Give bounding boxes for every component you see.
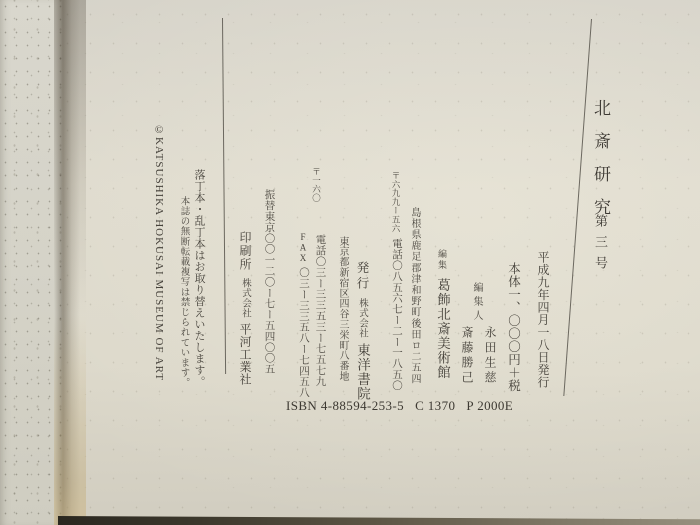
price: 本体一、〇〇〇円＋税: [507, 262, 520, 392]
editing-column: 編集葛飾北斎美術館: [434, 249, 450, 380]
copyright-notice: ©KATSUSHIKA HOKUSAI MUSEUM OF ART: [153, 124, 164, 381]
page-gutter-shadow: [54, 0, 86, 525]
printer-company: 株式会社: [240, 278, 250, 318]
editors-label: 編集人: [471, 282, 481, 324]
editing-label: 編集: [437, 249, 447, 271]
museum-postal-code: 〒六九九ー五六: [391, 171, 401, 233]
printer-column: 印刷所株式会社平河工業社: [237, 231, 253, 385]
fax-number: 〇三ー三三五八ー七四五八: [298, 267, 309, 398]
museum-postal-phone: 〒六九九ー五六電話〇八五六七ー二ー一八五〇: [388, 171, 404, 390]
price-code: P 2000E: [466, 398, 513, 413]
isbn-line: ISBN 4-88594-253-5C 1370P 2000E: [286, 398, 524, 414]
publisher-postal-code: 〒一六〇: [312, 167, 321, 202]
publisher-column: 発行株式会社東洋書院: [354, 261, 370, 401]
note-defective-copies: 落丁本・乱丁本はお取り替えいたします。: [193, 169, 204, 388]
publisher-address: 東京都新宿区四谷三栄町八番地: [337, 236, 347, 382]
museum-address: 島根県鹿足郡津和野町後田ロ二五四: [409, 207, 419, 385]
c-code: C 1370: [415, 398, 455, 413]
publisher-label: 発行: [355, 261, 369, 292]
publisher-company: 株式会社: [357, 298, 367, 338]
book-photo: 北斎研究 第三号 平成九年四月一八日発行 本体一、〇〇〇円＋税 編集人 永田生慈…: [0, 0, 700, 525]
isbn-code: ISBN 4-88594-253-5: [286, 398, 404, 413]
publication-date: 平成九年四月一八日発行: [537, 251, 549, 389]
note-no-reproduction: 本誌の無断転載複写は禁じられています。: [178, 196, 188, 388]
fax-label: FAX: [298, 232, 308, 264]
museum-phone: 電話〇八五六七ー二ー一八五〇: [391, 238, 402, 391]
issue-number: 第三号: [594, 214, 607, 277]
editing-museum-name: 葛飾北斎美術館: [435, 278, 450, 380]
publisher-fax: FAX〇三ー三三五八ー七四五八: [295, 232, 311, 397]
facing-page: [0, 0, 62, 525]
printer-name: 平河工業社: [238, 323, 252, 386]
editor-name-1: 永田生慈: [484, 326, 496, 386]
publisher-phone: 電話〇三ー三三五三ー七五七九: [314, 234, 325, 387]
publisher-name: 東洋書院: [355, 343, 370, 401]
journal-title: 北斎研究: [592, 99, 609, 231]
editor-name-2: 斎藤勝己: [461, 326, 473, 386]
printer-label: 印刷所: [238, 231, 252, 272]
postal-transfer: 振替東京〇〇一二〇ー七ー五四〇〇五: [263, 189, 274, 374]
